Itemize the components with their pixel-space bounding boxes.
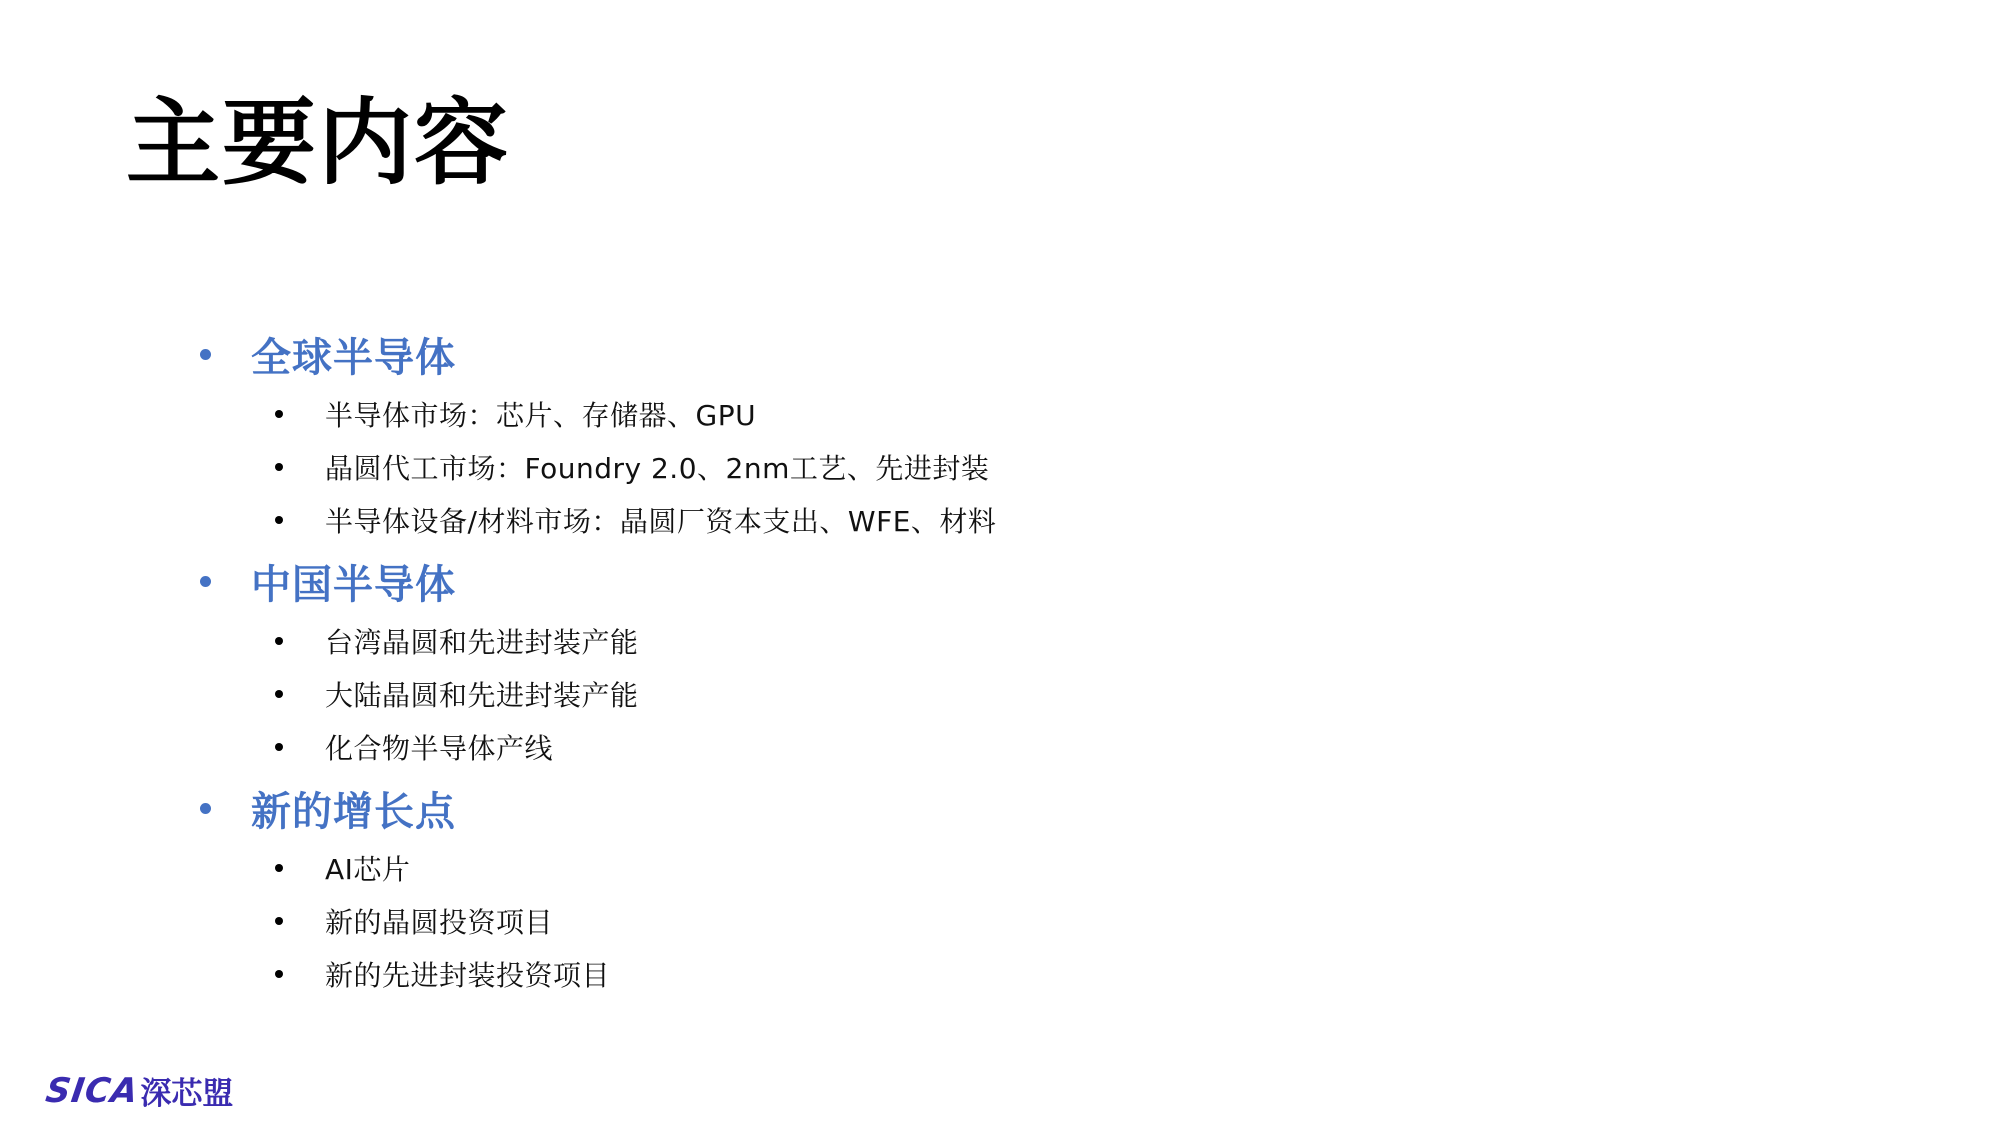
logo-cjk-text: 深芯盟 [140, 1068, 233, 1113]
list-item: 新的先进封装投资项目 [196, 947, 996, 1000]
bullet-icon [200, 576, 211, 587]
list-item-label: 半导体设备/材料市场：晶圆厂资本支出、WFE、材料 [325, 500, 996, 540]
section-heading: 全球半导体 [196, 325, 996, 383]
section-label: 全球半导体 [251, 326, 456, 383]
sub-list: 台湾晶圆和先进封装产能 大陆晶圆和先进封装产能 化合物半导体产线 [196, 614, 996, 773]
list-item: 大陆晶圆和先进封装产能 [196, 667, 996, 720]
list-item-label: 新的晶圆投资项目 [325, 901, 553, 941]
sub-list: AI芯片 新的晶圆投资项目 新的先进封装投资项目 [196, 841, 996, 1000]
list-item: 半导体设备/材料市场：晶圆厂资本支出、WFE、材料 [196, 493, 996, 546]
section-global-semiconductor: 全球半导体 半导体市场：芯片、存储器、GPU 晶圆代工市场：Foundry 2.… [196, 325, 996, 546]
list-item: 晶圆代工市场：Foundry 2.0、2nm工艺、先进封装 [196, 440, 996, 493]
list-item: AI芯片 [196, 841, 996, 894]
section-china-semiconductor: 中国半导体 台湾晶圆和先进封装产能 大陆晶圆和先进封装产能 化合物半导体产线 [196, 552, 996, 773]
list-item-label: AI芯片 [325, 848, 410, 888]
list-item: 化合物半导体产线 [196, 720, 996, 773]
bullet-icon [275, 917, 283, 925]
bullet-icon [275, 410, 283, 418]
sub-list: 半导体市场：芯片、存储器、GPU 晶圆代工市场：Foundry 2.0、2nm工… [196, 387, 996, 546]
section-new-growth-points: 新的增长点 AI芯片 新的晶圆投资项目 新的先进封装投资项目 [196, 779, 996, 1000]
section-heading: 中国半导体 [196, 552, 996, 610]
bullet-icon [275, 516, 283, 524]
list-item-label: 台湾晶圆和先进封装产能 [325, 621, 639, 661]
bullet-icon [275, 637, 283, 645]
slide-title: 主要内容 [126, 92, 510, 195]
bullet-icon [200, 803, 211, 814]
section-label: 新的增长点 [251, 780, 456, 837]
sica-logo: SICA 深芯盟 [46, 1068, 233, 1113]
outline-list: 全球半导体 半导体市场：芯片、存储器、GPU 晶圆代工市场：Foundry 2.… [196, 325, 996, 1000]
section-heading: 新的增长点 [196, 779, 996, 837]
list-item-label: 晶圆代工市场：Foundry 2.0、2nm工艺、先进封装 [325, 447, 989, 487]
list-item-label: 新的先进封装投资项目 [325, 954, 610, 994]
bullet-icon [275, 864, 283, 872]
bullet-icon [275, 743, 283, 751]
list-item: 半导体市场：芯片、存储器、GPU [196, 387, 996, 440]
list-item: 台湾晶圆和先进封装产能 [196, 614, 996, 667]
bullet-icon [275, 463, 283, 471]
bullet-icon [200, 349, 211, 360]
section-label: 中国半导体 [251, 553, 456, 610]
logo-latin-text: SICA [43, 1071, 141, 1111]
bullet-icon [275, 690, 283, 698]
list-item-label: 半导体市场：芯片、存储器、GPU [325, 394, 756, 434]
bullet-icon [275, 970, 283, 978]
list-item: 新的晶圆投资项目 [196, 894, 996, 947]
list-item-label: 大陆晶圆和先进封装产能 [325, 674, 639, 714]
list-item-label: 化合物半导体产线 [325, 727, 553, 767]
